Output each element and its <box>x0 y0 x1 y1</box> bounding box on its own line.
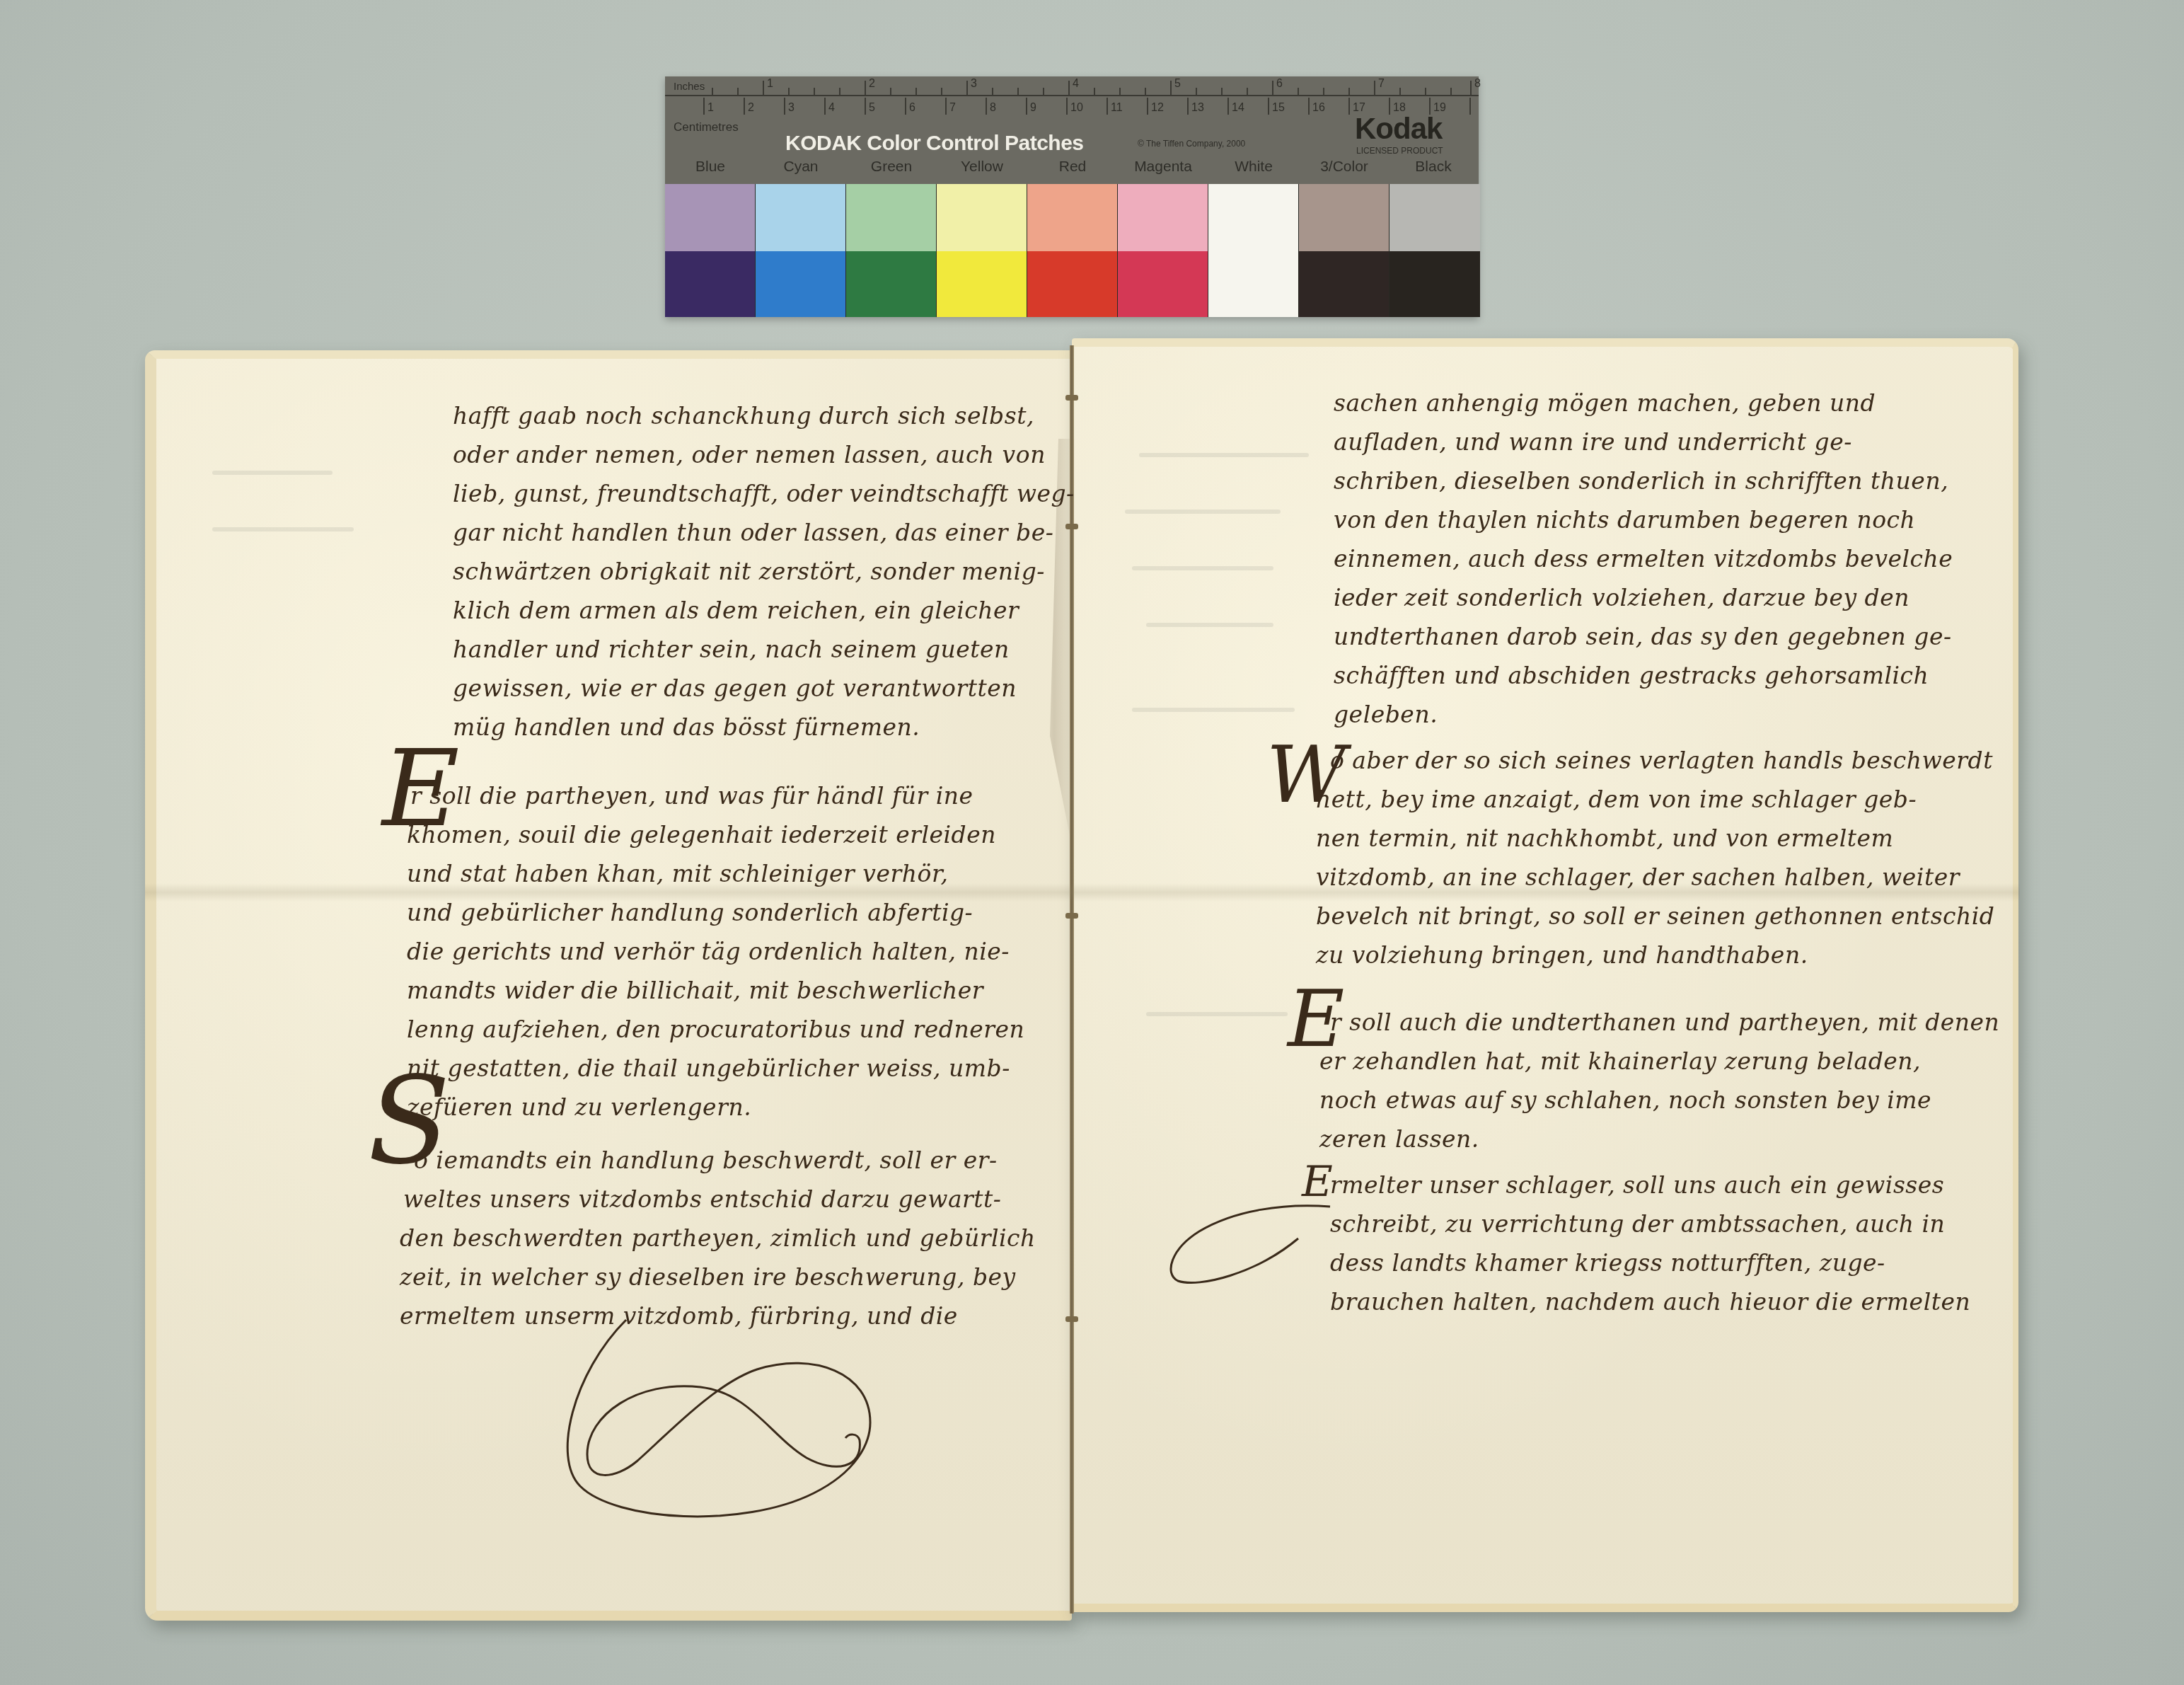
text-line: r soll die partheyen, und was für händl … <box>410 782 973 810</box>
text-line: r soll auch die undterthanen und parthey… <box>1330 1008 1999 1036</box>
text-line: zeit, in welcher sy dieselben ire beschw… <box>400 1263 1016 1291</box>
text-line: er zehandlen hat, mit khainerlay zerung … <box>1319 1047 1921 1075</box>
infinity-loop-flourish <box>559 1316 927 1543</box>
text-line: lieb, gunst, freundtschafft, oder veindt… <box>453 480 1075 507</box>
binding-stitch <box>1065 395 1078 401</box>
text-line: nit gestatten, die thail ungebürlicher w… <box>407 1054 1010 1082</box>
text-line: und stat haben khan, mit schleiniger ver… <box>407 860 949 887</box>
text-line: hett, bey ime anzaigt, dem von ime schla… <box>1316 786 1917 813</box>
text-line: zeren lassen. <box>1319 1125 1479 1153</box>
text-line: ieder zeit sonderlich volziehen, darzue … <box>1334 584 1909 611</box>
text-line: die gerichts und verhör täg ordenlich ha… <box>407 938 1010 965</box>
text-line: oder ander nemen, oder nemen lassen, auc… <box>453 441 1046 468</box>
text-line: o iemandts ein handlung beschwerdt, soll… <box>414 1146 998 1174</box>
text-line: einnemen, auch dess ermelten vitzdombs b… <box>1334 545 1953 573</box>
text-line: gewissen, wie er das gegen got verantwor… <box>453 674 1017 702</box>
text-line: klich dem armen als dem reichen, ein gle… <box>453 597 1019 624</box>
text-line: von den thaylen nichts darumben begeren … <box>1334 506 1915 534</box>
text-line: aufladen, und wann ire und underricht ge… <box>1334 428 1852 456</box>
binding-stitch <box>1065 1316 1078 1322</box>
text-line: und gebürlicher handlung sonderlich abfe… <box>407 899 973 926</box>
text-line: schriben, dieselben sonderlich in schrif… <box>1334 467 1948 495</box>
text-line: schäfften und abschiden gestracks gehors… <box>1334 662 1929 689</box>
text-line: bevelch nit bringt, so soll er seinen ge… <box>1316 902 1994 930</box>
binding-stitch <box>1065 524 1078 529</box>
text-line: noch etwas auf sy schlahen, noch sonsten… <box>1319 1086 1931 1114</box>
text-line: lenng aufziehen, den procuratoribus und … <box>407 1016 1024 1043</box>
text-line: handler und richter sein, nach seinem gu… <box>453 636 1010 663</box>
text-line: sachen anhengig mögen machen, geben und <box>1334 389 1876 417</box>
decorative-initial: E <box>1302 1161 1333 1203</box>
binding-gutter <box>1070 345 1074 1614</box>
manuscript-booklet: hafft gaab noch schanckhung durch sich s… <box>0 0 2184 1685</box>
text-line: hafft gaab noch schanckhung durch sich s… <box>453 402 1034 430</box>
text-line: schwärtzen obrigkait nit zerstört, sonde… <box>453 558 1045 585</box>
text-line: schreibt, zu verrichtung der ambtssachen… <box>1330 1210 1945 1238</box>
text-line: den beschwerdten partheyen, zimlich und … <box>400 1224 1036 1252</box>
text-line: nen termin, nit nachkhombt, und von erme… <box>1316 824 1893 852</box>
text-line: zu volziehung bringen, und handthaben. <box>1316 941 1808 969</box>
text-line: weltes unsers vitzdombs entschid darzu g… <box>403 1185 1002 1213</box>
text-line: mandts wider die billichait, mit beschwe… <box>407 977 983 1004</box>
text-line: o aber der so sich seines verlagten hand… <box>1330 747 1993 774</box>
text-line: geleben. <box>1334 701 1438 728</box>
text-line: khomen, souil die gelegenhait iederzeit … <box>407 821 996 849</box>
text-line: müg handlen und das bösst fürnemen. <box>453 713 920 741</box>
text-line: brauchen halten, nachdem auch hieuor die… <box>1330 1288 1970 1316</box>
text-line: dess landts khamer kriegss notturfften, … <box>1330 1249 1885 1277</box>
text-line: gar nicht handlen thun oder lassen, das … <box>453 519 1053 546</box>
text-line: vitzdomb, an ine schlager, der sachen ha… <box>1316 863 1960 891</box>
binding-stitch <box>1065 913 1078 919</box>
text-line: zefüeren und zu verlengern. <box>407 1093 751 1121</box>
text-line: undterthanen darob sein, das sy den gege… <box>1334 623 1952 650</box>
text-line: rmelter unser schlager, soll uns auch ei… <box>1330 1171 1944 1199</box>
